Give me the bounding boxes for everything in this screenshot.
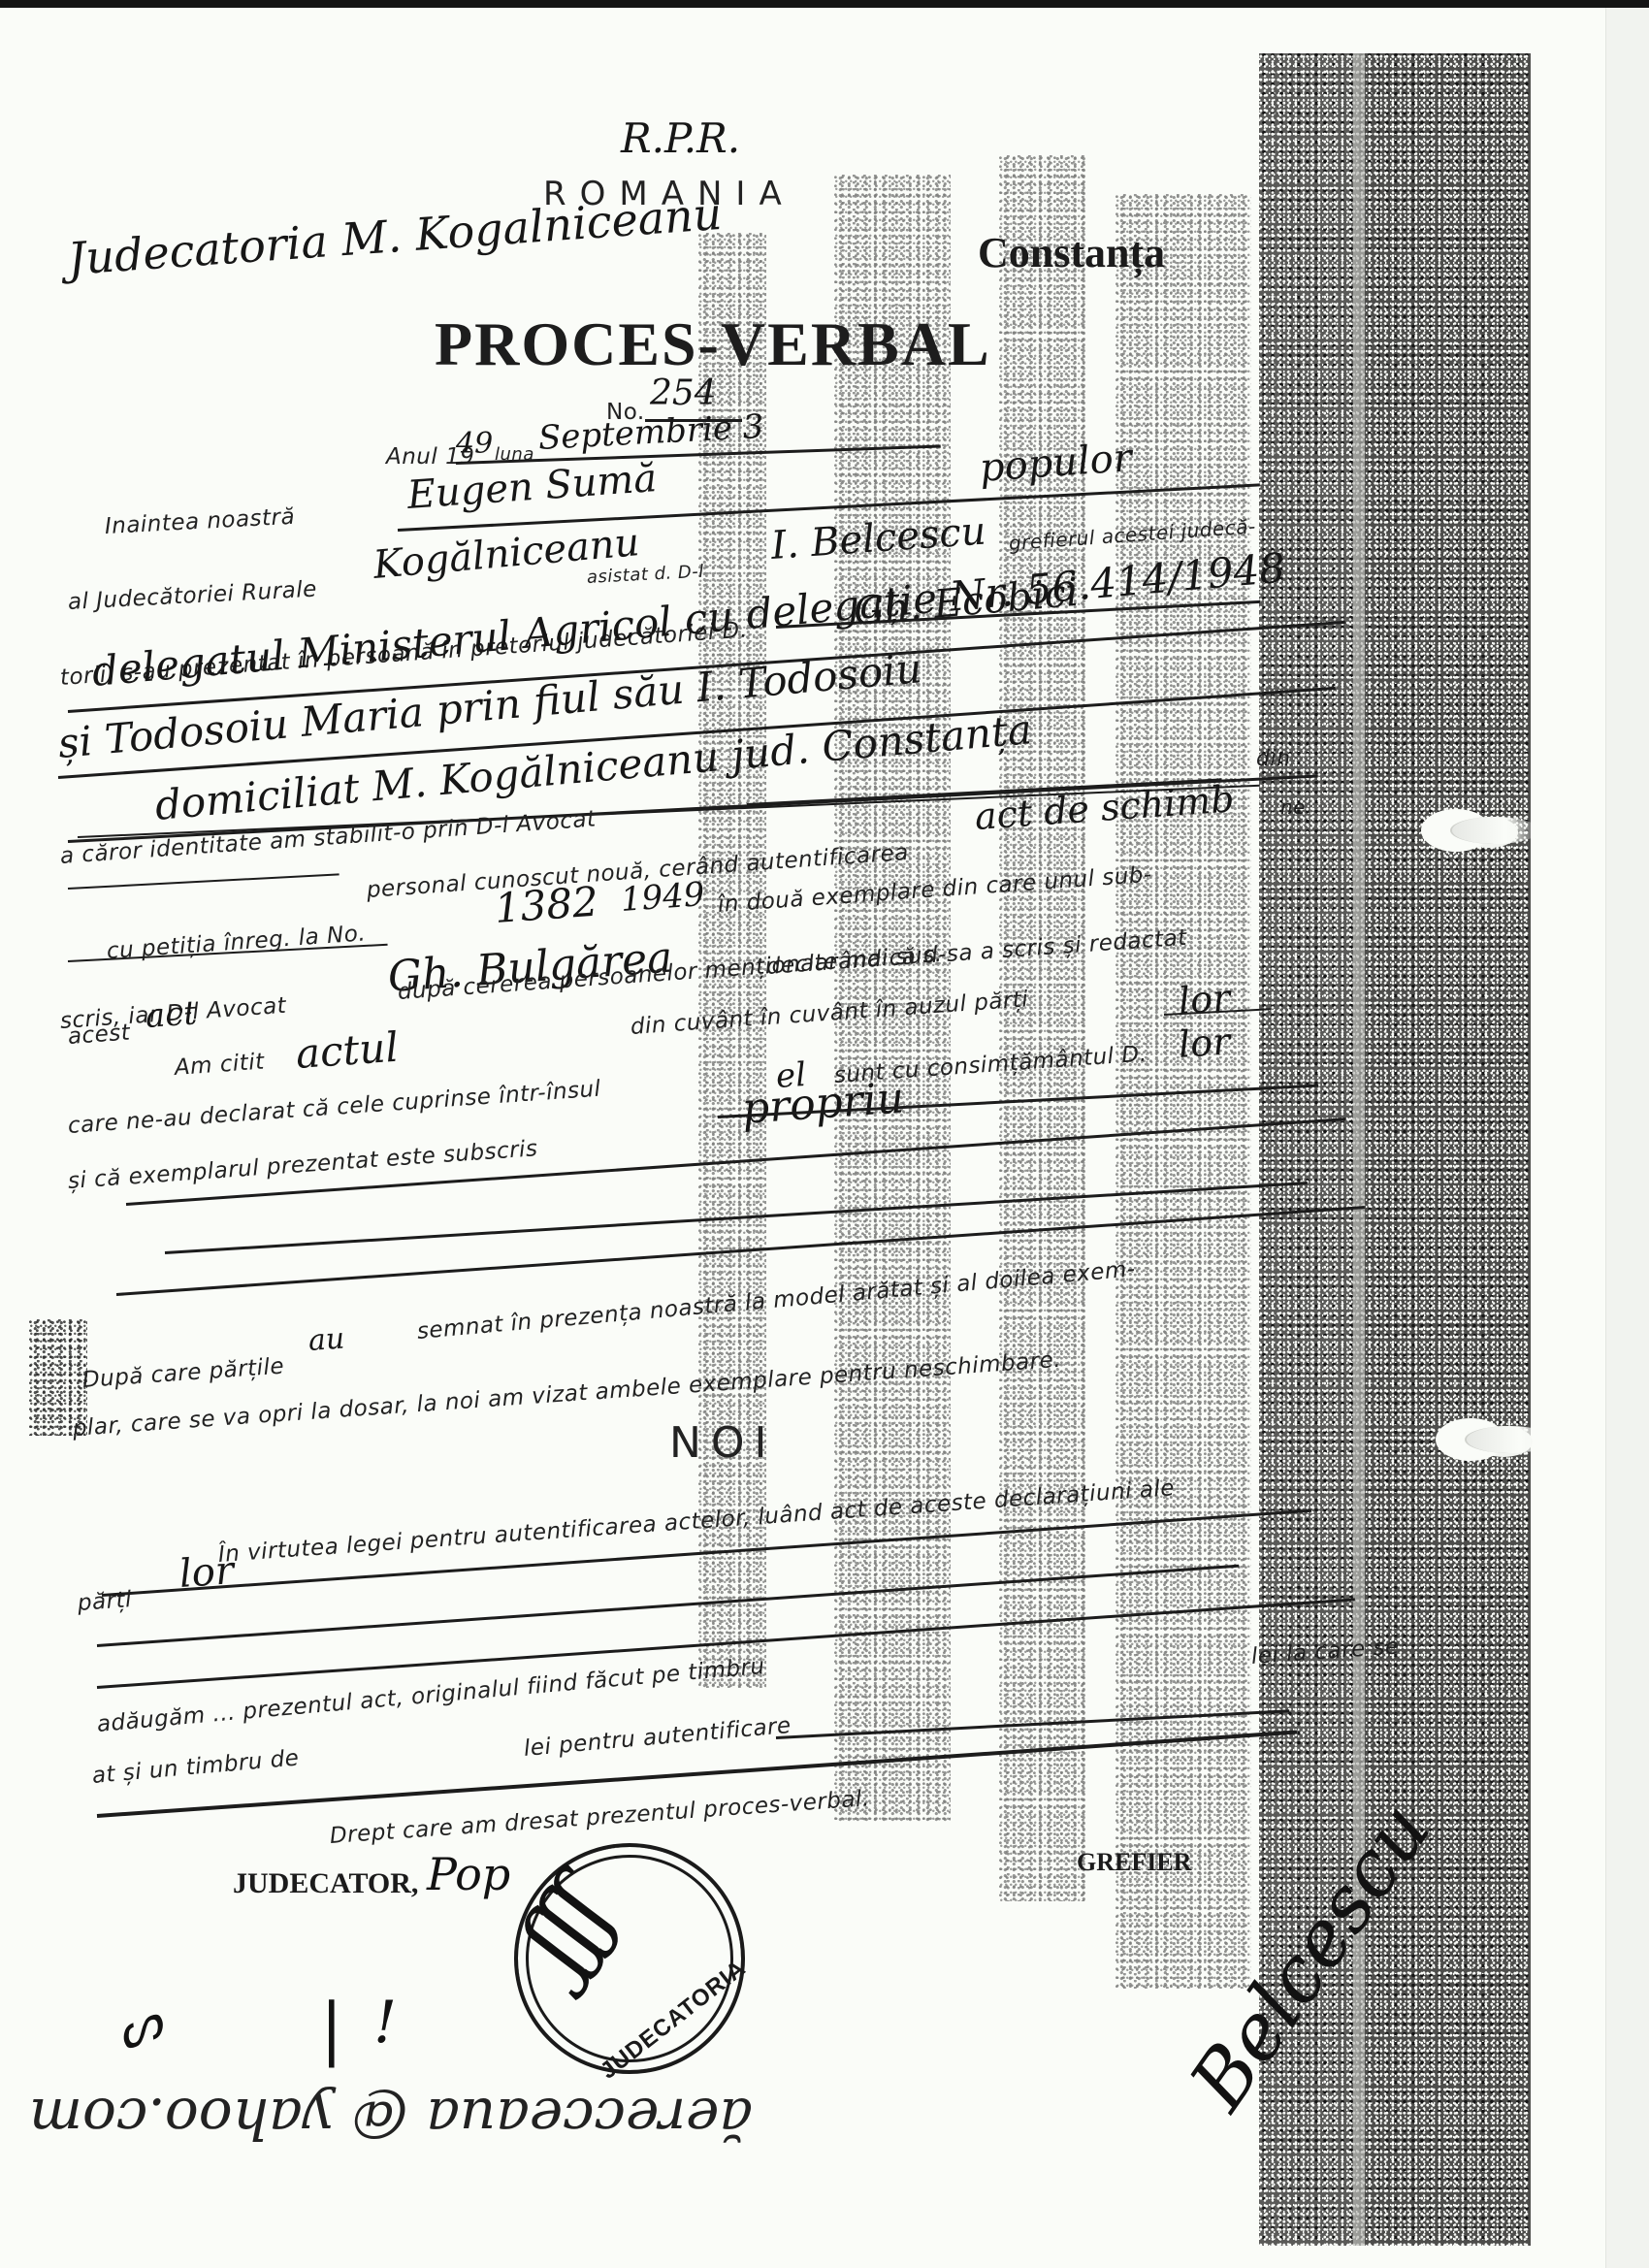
clerk-label: GREFIER xyxy=(1077,1848,1191,1877)
judge-signature: Pop xyxy=(427,1848,510,1900)
scanned-document-page: ROMANIA R.P.R. Judecatoria M. Kogalnicea… xyxy=(0,0,1649,2268)
body-line-2-printed: al Judecătoriei Rurale xyxy=(67,577,317,615)
body-line-10-year: 1949 xyxy=(620,875,706,920)
body-line-12-printed: acest xyxy=(67,1021,131,1050)
handwritten-mark: ᔕ xyxy=(108,1993,170,2062)
body-line-14-printed: care ne-au declarat că cele cuprinse înt… xyxy=(67,1077,601,1139)
body-line-16-handwritten: au xyxy=(307,1321,346,1358)
section-title-noi: NOI xyxy=(669,1418,777,1468)
inverted-handwritten-note: ăerecceaua @ yahoo.com xyxy=(29,2086,753,2152)
punch-hole-upper xyxy=(1421,809,1491,852)
closing-line-5-printed: at și un timbru de xyxy=(91,1745,301,1789)
court-stamp-text: JUDECATORIA xyxy=(596,1955,752,2085)
header-country-prefix: R.P.R. xyxy=(621,114,740,162)
closing-line-5-printed-2: lei pentru autentificare xyxy=(523,1713,792,1762)
handwritten-mark: ! xyxy=(373,1989,397,2057)
body-line-13-handwritten: actul xyxy=(294,1023,400,1078)
handwritten-mark: | xyxy=(320,1989,343,2068)
body-line-13-printed-2: din cuvânt în cuvânt în auzul părți xyxy=(630,987,1029,1040)
body-line-16-printed: După care părțile xyxy=(81,1353,285,1392)
body-line-14-handwritten-2: lor xyxy=(1177,1020,1231,1066)
body-line-1-printed: Inaintea noastră xyxy=(104,504,295,539)
scan-top-border xyxy=(0,0,1649,8)
body-line-13-printed: Am citit xyxy=(174,1050,266,1081)
body-line-7-printed-right: din xyxy=(1256,747,1291,771)
punch-hole-lower xyxy=(1436,1418,1505,1461)
document-title: PROCES-VERBAL xyxy=(435,308,991,380)
body-line-8-printed-2: ne xyxy=(1280,795,1306,819)
body-line-12-handwritten: act xyxy=(145,993,199,1036)
scan-right-margin xyxy=(1605,8,1649,2268)
body-line-8-printed: a căror identitate am stabilit-o prin D-… xyxy=(59,806,597,869)
court-line-handwritten: Judecatoria M. Kogalniceanu xyxy=(66,187,724,285)
court-stamp: JUDECATORIA xyxy=(500,1829,760,2090)
body-line-9-rule xyxy=(68,873,339,890)
year-value: 49 xyxy=(456,427,493,461)
body-line-15-printed: și că exemplarul prezentat este subscris xyxy=(67,1136,538,1194)
toner-streak xyxy=(999,155,1086,1901)
body-line-13-handwritten-2: lor xyxy=(1177,976,1231,1022)
number-value: 254 xyxy=(650,373,717,413)
body-line-1-handwritten-2: populor xyxy=(978,436,1133,491)
body-line-2-clerk: I. Belcescu xyxy=(769,509,987,568)
judge-label: JUDECATOR, xyxy=(233,1867,418,1900)
court-city: Constanța xyxy=(978,228,1165,277)
body-line-10-number: 1382 xyxy=(493,878,599,932)
